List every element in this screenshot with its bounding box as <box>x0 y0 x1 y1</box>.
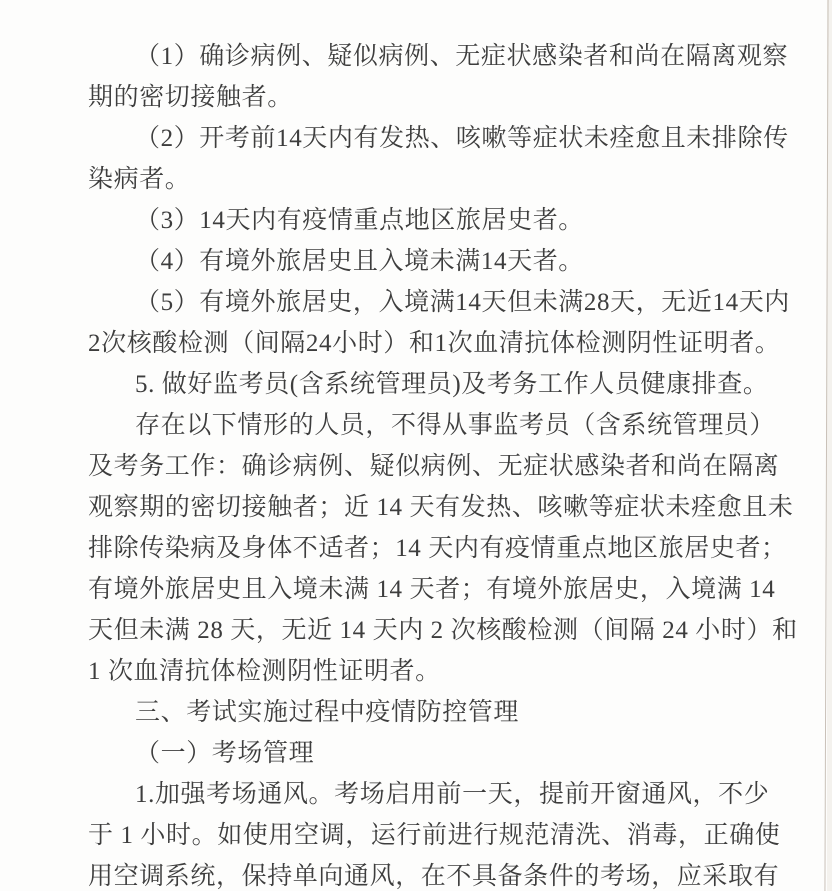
text-line: 1 次血清抗体检测阴性证明者。 <box>88 651 748 692</box>
scanned-document-page: （1）确诊病例、疑似病例、无症状感染者和尚在隔离观察 期的密切接触者。 （2）开… <box>0 0 832 891</box>
document-text-column: （1）确诊病例、疑似病例、无症状感染者和尚在隔离观察 期的密切接触者。 （2）开… <box>88 36 748 891</box>
text-line: 天但未满 28 天，无近 14 天内 2 次核酸检测（间隔 24 小时）和 <box>88 610 748 651</box>
text-line: 有境外旅居史且入境未满 14 天者；有境外旅居史，入境满 14 <box>88 569 748 610</box>
text-line: 存在以下情形的人员，不得从事监考员（含系统管理员） <box>88 405 748 446</box>
text-line: 期的密切接触者。 <box>88 77 748 118</box>
text-line: 排除传染病及身体不适者；14 天内有疫情重点地区旅居史者； <box>88 528 748 569</box>
text-line: （5）有境外旅居史，入境满14天但未满28天，无近14天内 <box>88 282 748 323</box>
section-heading-line: 三、考试实施过程中疫情防控管理 <box>88 692 748 733</box>
text-line: 用空调系统，保持单向通风，在不具备条件的考场，应采取有 <box>88 856 748 891</box>
text-line: 2次核酸检测（间隔24小时）和1次血清抗体检测阴性证明者。 <box>88 323 748 364</box>
text-line: （4）有境外旅居史且入境未满14天者。 <box>88 241 748 282</box>
text-line: 于 1 小时。如使用空调，运行前进行规范清洗、消毒，正确使 <box>88 815 748 856</box>
text-line: 染病者。 <box>88 159 748 200</box>
text-line: 1.加强考场通风。考场启用前一天，提前开窗通风，不少 <box>88 774 748 815</box>
text-line: （2）开考前14天内有发热、咳嗽等症状未痊愈且未排除传 <box>88 118 748 159</box>
text-line: 5. 做好监考员(含系统管理员)及考务工作人员健康排查。 <box>88 364 748 405</box>
text-line: （3）14天内有疫情重点地区旅居史者。 <box>88 200 748 241</box>
text-line: 及考务工作：确诊病例、疑似病例、无症状感染者和尚在隔离 <box>88 446 748 487</box>
text-line: （1）确诊病例、疑似病例、无症状感染者和尚在隔离观察 <box>88 36 748 77</box>
text-line: 观察期的密切接触者；近 14 天有发热、咳嗽等症状未痊愈且未 <box>88 487 748 528</box>
subsection-heading-line: （一）考场管理 <box>88 733 748 774</box>
